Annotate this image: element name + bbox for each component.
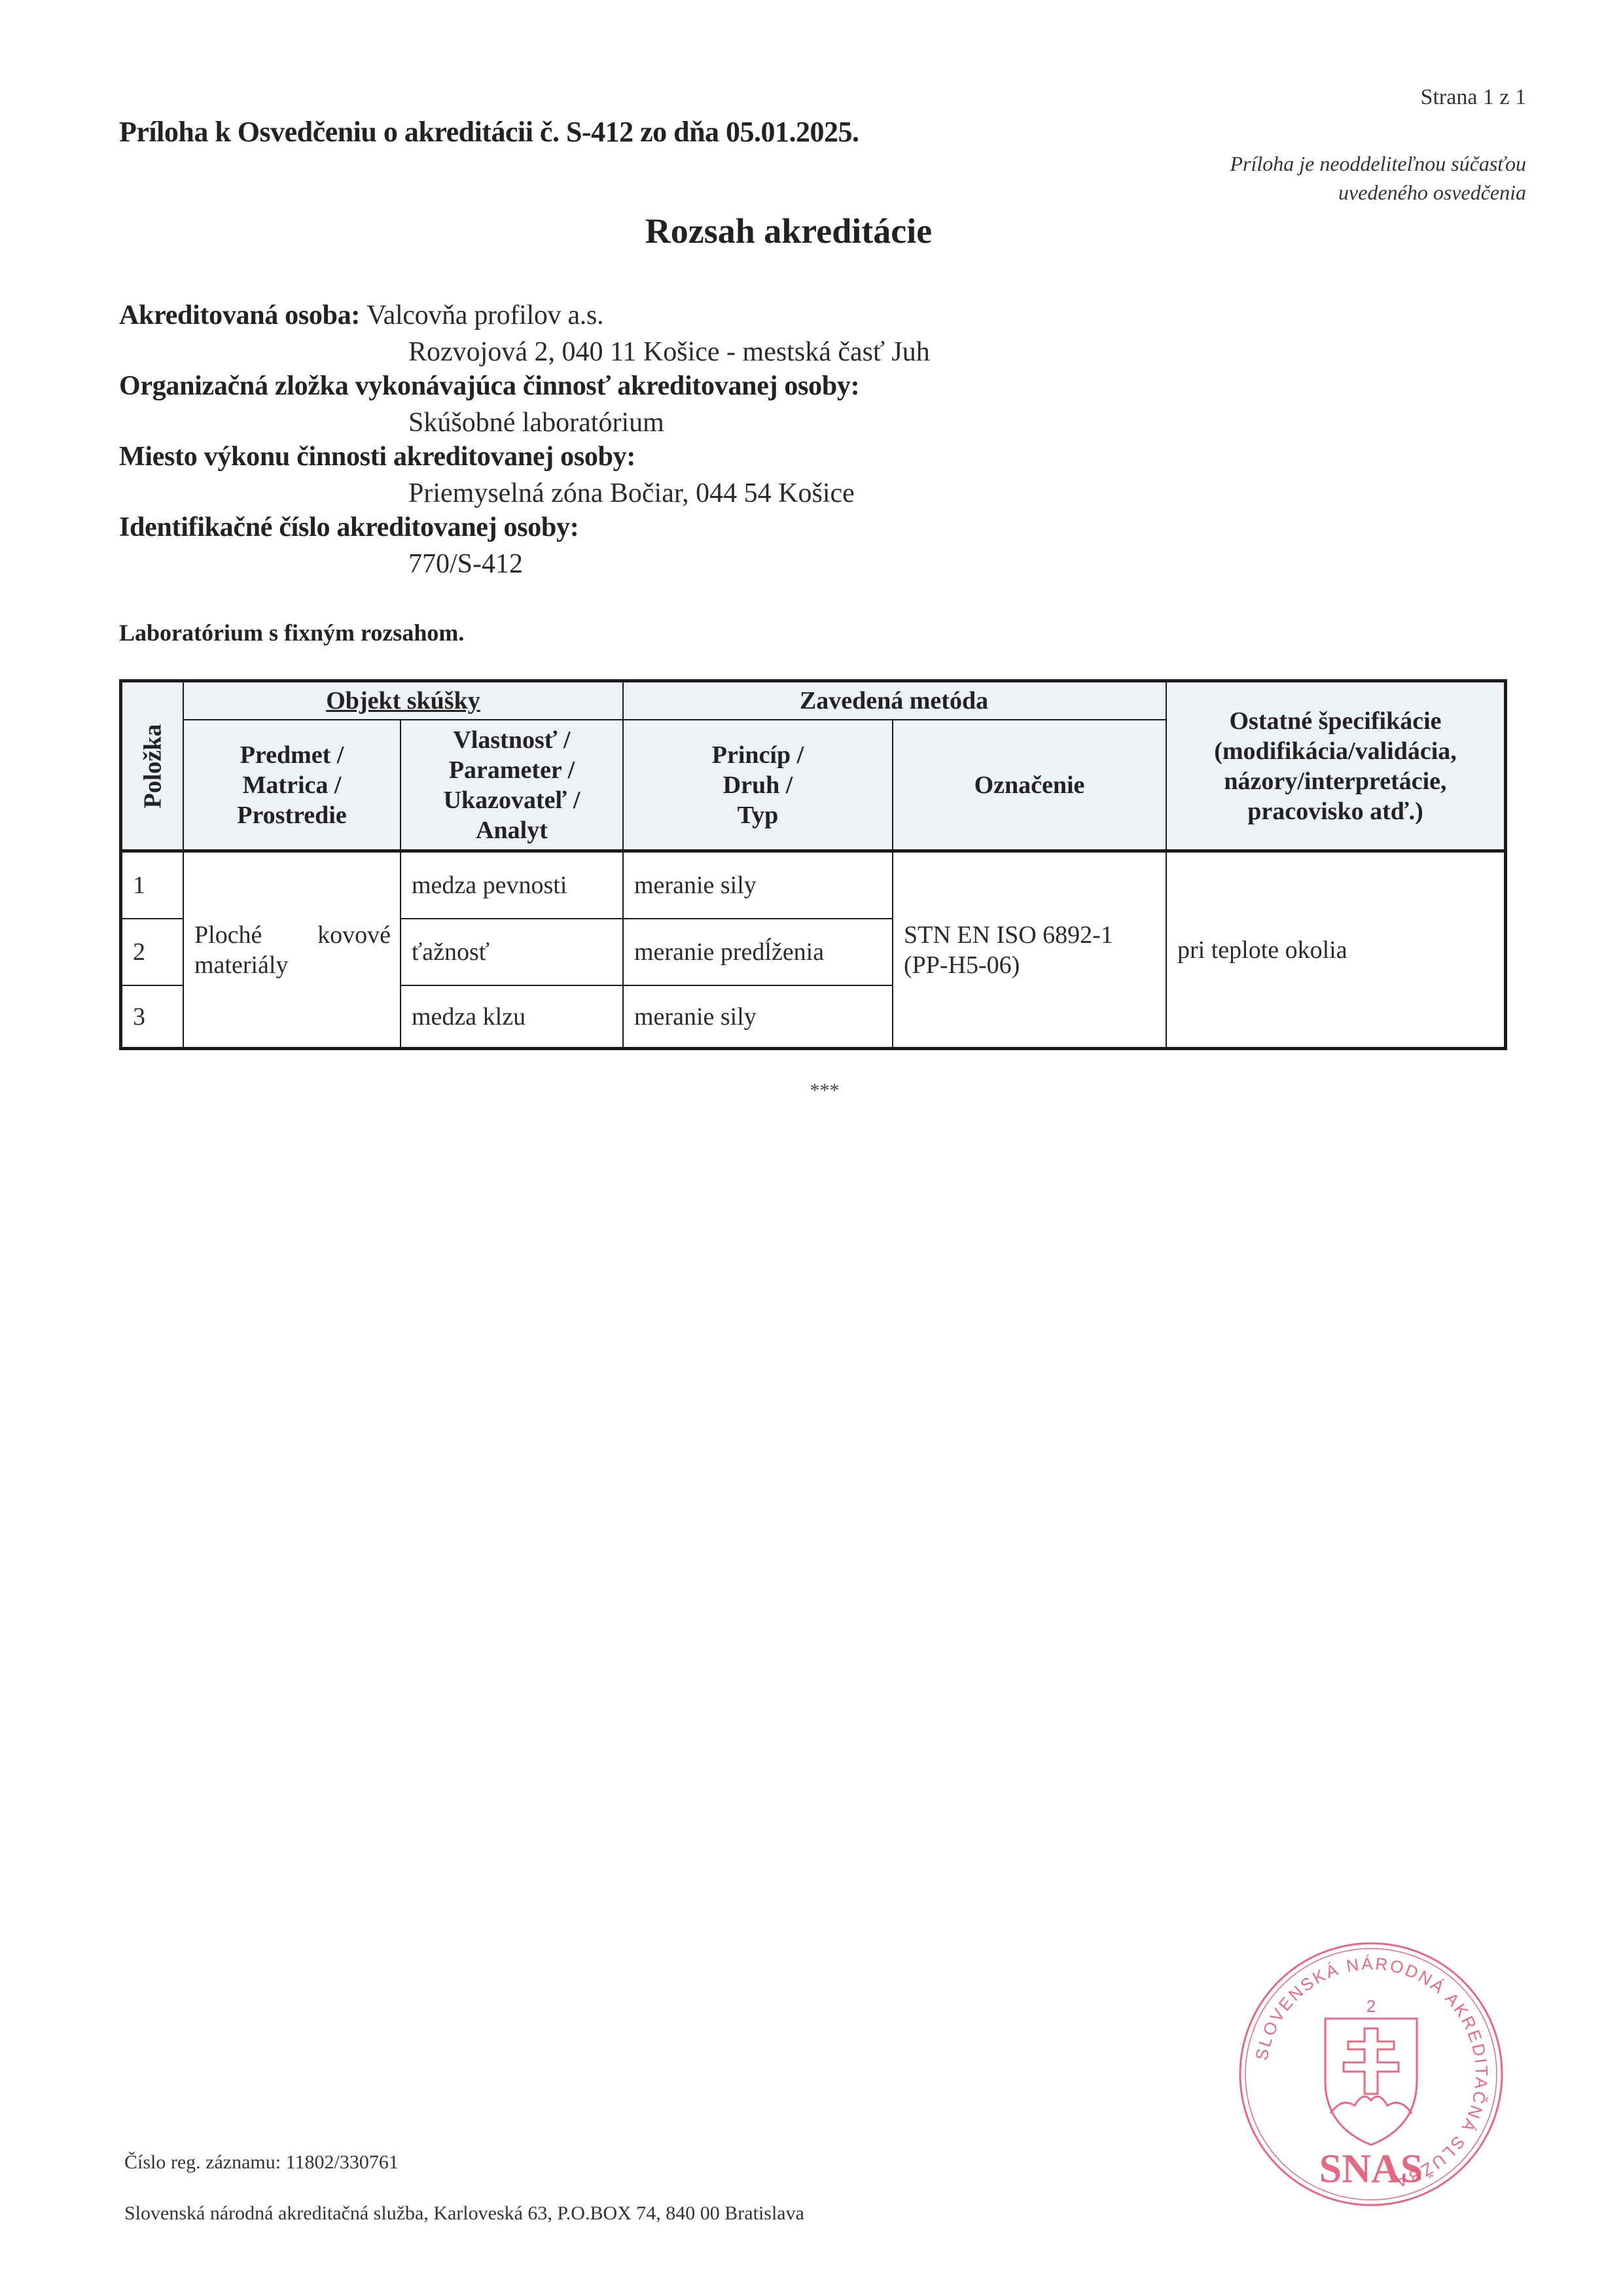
grid-line xyxy=(183,719,1166,720)
org-unit-label: Organizačná zložka vykonávajúca činnosť … xyxy=(119,370,859,402)
th-group-object: Objekt skúšky xyxy=(184,682,622,719)
subject-value: Ploché kovové materiály xyxy=(194,920,391,980)
issuer-address: Slovenská národná akreditačná služba, Ka… xyxy=(124,2202,804,2225)
annex-note-line2: uvedeného osvedčenia xyxy=(1230,178,1526,207)
grid-line xyxy=(122,985,183,986)
th-subject-label: Predmet / Matrica / Prostredie xyxy=(197,740,387,830)
row-2-property: ťažnosť xyxy=(401,919,622,985)
grid-line xyxy=(183,682,184,1047)
th-designation: Označenie xyxy=(893,720,1166,849)
accredited-person-label: Akreditovaná osoba: xyxy=(119,300,360,330)
stamp-number: 2 xyxy=(1366,1996,1376,2016)
th-other: Ostatné špecifikácie (modifikácia/validá… xyxy=(1167,682,1504,849)
th-item-label: Položka xyxy=(137,724,168,808)
grid-line xyxy=(122,849,1504,853)
id-value: 770/S-412 xyxy=(408,548,523,580)
grid-line xyxy=(122,918,183,919)
th-item: Položka xyxy=(122,682,183,849)
row-2-principle: meranie predĺženia xyxy=(624,919,892,985)
end-marker: *** xyxy=(0,1080,1623,1102)
subject-cell: Ploché kovové materiály xyxy=(184,853,400,1047)
th-group-method: Zavedená metóda xyxy=(622,682,1166,719)
th-property: Vlastnosť / Parameter / Ukazovateľ / Ana… xyxy=(401,720,622,849)
grid-line xyxy=(400,918,892,919)
row-1-item: 1 xyxy=(122,853,183,918)
place-label: Miesto výkonu činnosti akreditovanej oso… xyxy=(119,441,635,472)
scope-table: Položka Objekt skúšky Zavedená metóda Pr… xyxy=(119,679,1507,1050)
snas-stamp: SLOVENSKÁ NÁRODNÁ AKREDITAČNÁ SLUŽBA 2 S… xyxy=(1234,1937,1508,2212)
org-unit-value: Skúšobné laboratórium xyxy=(408,407,664,438)
stamp-seal-icon: SLOVENSKÁ NÁRODNÁ AKREDITAČNÁ SLUŽBA 2 S… xyxy=(1234,1937,1508,2212)
stamp-abbrev: SNAS xyxy=(1319,2147,1423,2191)
id-label: Identifikačné číslo akreditovanej osoby: xyxy=(119,512,579,543)
page-number: Strana 1 z 1 xyxy=(1421,85,1526,110)
grid-line xyxy=(892,719,893,1047)
grid-line xyxy=(1166,682,1167,1047)
other-cell: pri teplote okolia xyxy=(1167,853,1504,1047)
annex-note: Príloha je neoddeliteľnou súčasťou uvede… xyxy=(1230,149,1526,207)
main-title: Rozsah akreditácie xyxy=(0,211,1577,251)
annex-note-line1: Príloha je neoddeliteľnou súčasťou xyxy=(1230,149,1526,178)
accredited-person-row: Akreditovaná osoba: Valcovňa profilov a.… xyxy=(119,300,603,331)
row-2-item: 2 xyxy=(122,919,183,985)
row-3-property: medza klzu xyxy=(401,986,622,1047)
accredited-person-address: Rozvojová 2, 040 11 Košice - mestská čas… xyxy=(408,336,930,368)
accredited-person-name: Valcovňa profilov a.s. xyxy=(366,300,603,330)
row-1-principle: meranie sily xyxy=(624,853,892,918)
designation-line1: STN EN ISO 6892-1 xyxy=(904,920,1113,950)
th-group-object-label: Objekt skúšky xyxy=(326,686,480,716)
th-principle-label: Princíp / Druh / Typ xyxy=(702,740,813,830)
th-principle: Princíp / Druh / Typ xyxy=(624,720,892,849)
place-value: Priemyselná zóna Bočiar, 044 54 Košice xyxy=(408,478,855,509)
th-designation-label: Označenie xyxy=(974,770,1085,800)
designation-cell: STN EN ISO 6892-1 (PP-H5-06) xyxy=(893,853,1166,1047)
grid-line xyxy=(400,985,892,986)
th-property-label: Vlastnosť / Parameter / Ukazovateľ / Ana… xyxy=(421,725,603,845)
row-1-property: medza pevnosti xyxy=(401,853,622,918)
document-title: Príloha k Osvedčeniu o akreditácii č. S-… xyxy=(119,115,859,149)
grid-line xyxy=(400,719,401,1047)
scope-note: Laboratórium s fixným rozsahom. xyxy=(119,619,464,646)
th-subject: Predmet / Matrica / Prostredie xyxy=(184,720,400,849)
row-3-principle: meranie sily xyxy=(624,986,892,1047)
th-other-label: Ostatné špecifikácie (modifikácia/validá… xyxy=(1186,706,1484,826)
registration-number: Číslo reg. záznamu: 11802/330761 xyxy=(124,2151,399,2174)
th-group-method-label: Zavedená metóda xyxy=(800,686,988,716)
grid-line xyxy=(622,682,624,1047)
designation-line2: (PP-H5-06) xyxy=(904,950,1020,980)
row-3-item: 3 xyxy=(122,986,183,1047)
